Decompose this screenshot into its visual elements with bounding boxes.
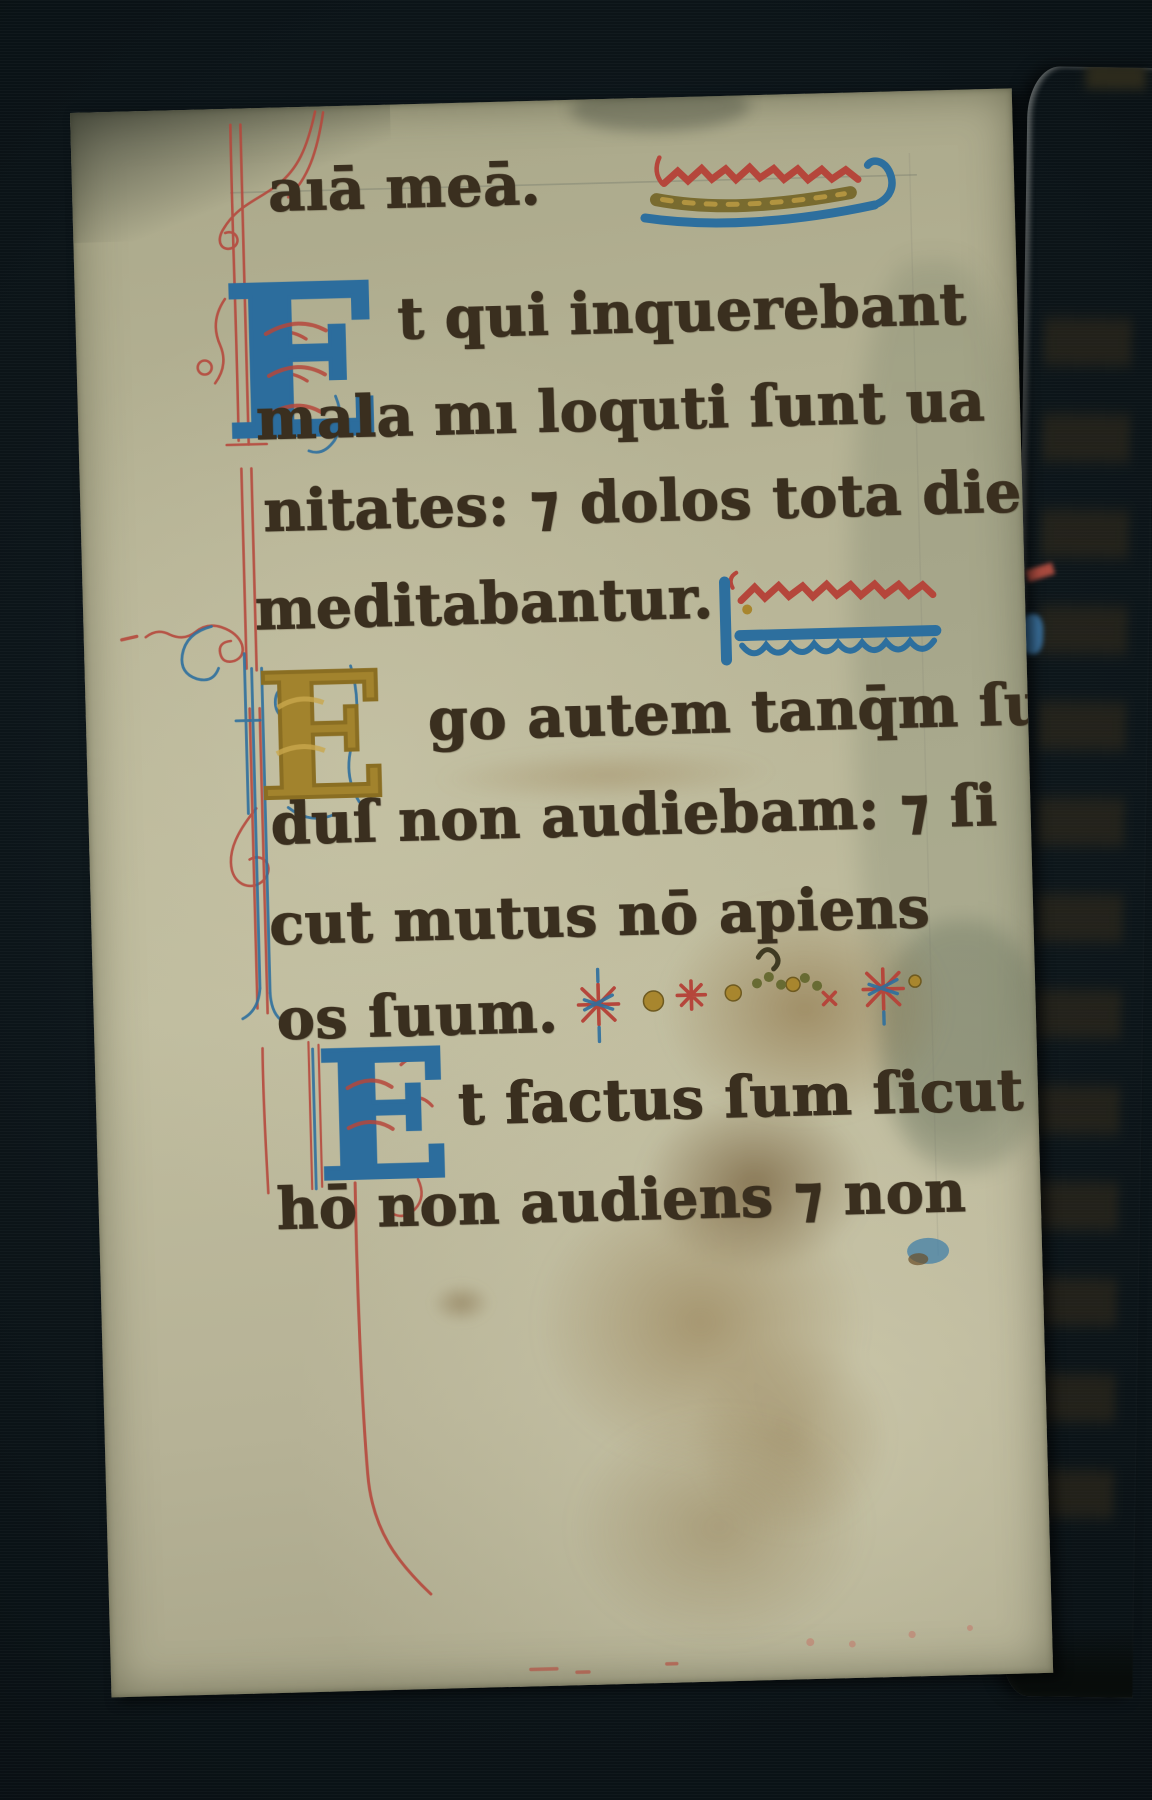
red-bottom-edge-dots (806, 1625, 973, 1649)
text-line: cut mutus nō apiens (269, 879, 931, 953)
line-filler-band (643, 152, 893, 226)
text-line: aıā meā. (267, 156, 541, 220)
manuscript-page: E E E (70, 88, 1053, 1697)
text-line: t factus ſum ſicut (457, 1061, 1024, 1133)
photograph-background: E E E (0, 0, 1152, 1800)
ink-smudge (1086, 66, 1146, 90)
text-line: duſ non audiebam: ⁊ ſi (270, 777, 998, 853)
pigment-offset-mark (907, 1237, 950, 1265)
line-filler-asterisks (577, 946, 922, 1042)
line-filler-bar-zigzag (724, 568, 936, 660)
text-line: go autem tanq̄m ſur (427, 675, 1053, 749)
text-line: t qui inquerebant (397, 276, 967, 348)
text-line: mala mı loquti ſunt ua (255, 372, 985, 448)
text-line: meditabantur. (254, 569, 714, 638)
text-line: hō non audiens ⁊ non (276, 1163, 967, 1238)
text-line: os ſuum. (276, 984, 559, 1048)
